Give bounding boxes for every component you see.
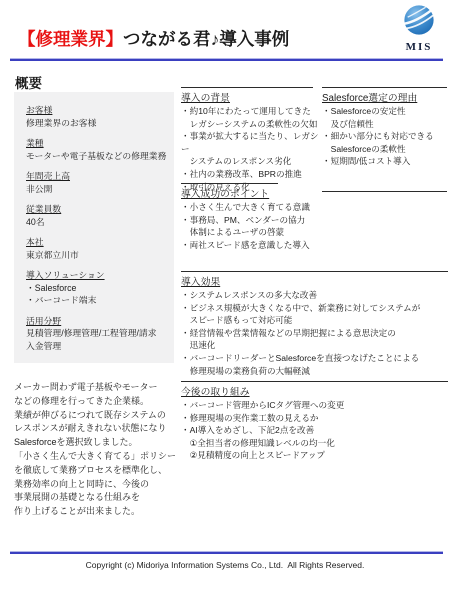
- field-value: モーターや電子基板などの修理業務: [26, 150, 170, 163]
- bullet-item: ・細かい部分にも対応できる Salesforceの柔軟性: [322, 130, 448, 155]
- section-success-points: 導入成功のポイント ・小さく生んで大きく育てる意識 ・事務局、PM、ベンダーの協…: [181, 183, 321, 251]
- company-description: メーカー問わず電子基板やモーター などの修理を行ってきた企業様。 業績が伸びるに…: [14, 381, 182, 519]
- page-title: 【修理業界】つながる君♪導入事例: [18, 26, 289, 51]
- section-heading: 今後の取り組み: [181, 386, 449, 399]
- section-heading: 導入効果: [181, 276, 449, 289]
- header-divider: [10, 58, 443, 61]
- bullet-item: ・修理現場の実作業工数の見えるか: [181, 412, 449, 425]
- bullet-item: ・事業が拡大するに当たり、レガシー システムのレスポンス劣化: [181, 130, 321, 168]
- field-label: 業種: [26, 137, 170, 150]
- field-value: 非公開: [26, 183, 170, 196]
- section-effects: 導入効果 ・システムレスポンスの多大な改善 ・ビジネス規模が大きくなる中で、新業…: [181, 271, 449, 377]
- overview-heading: 概要: [15, 72, 42, 92]
- field-headquarters: 本社 東京都立川市: [26, 236, 170, 261]
- page-title-main: つながる君♪導入事例: [123, 29, 289, 49]
- section-rule: [322, 191, 447, 192]
- field-value: 見積管理/修理管理/工程管理/請求 入金管理: [26, 327, 170, 352]
- bullet-item: ・短期間/低コスト導入: [322, 155, 448, 168]
- field-value: 修理業界のお客様: [26, 117, 170, 130]
- section-heading: 導入の背景: [181, 92, 321, 105]
- section-heading: Salesforce選定の理由: [322, 92, 448, 105]
- field-annual-sales: 年間売上高 非公開: [26, 170, 170, 195]
- bullet-item: ・システムレスポンスの多大な改善: [181, 289, 449, 302]
- section-selection-reasons: Salesforce選定の理由 ・Salesforceの安定性 及び信頼性 ・細…: [322, 87, 448, 168]
- bullet-item: ・経営情報や営業情報などの早期把握による意思決定の 迅速化: [181, 327, 449, 352]
- section-future-initiatives: 今後の取り組み ・バーコード管理からICタグ管理への変更 ・修理現場の実作業工数…: [181, 381, 449, 462]
- bullet-item: ・約10年にわたって運用してきた レガシーシステムの柔軟性の欠如: [181, 105, 321, 130]
- field-label: 年間売上高: [26, 170, 170, 183]
- section-rule: [181, 271, 448, 272]
- page-title-industry-tag: 【修理業界】: [18, 29, 123, 49]
- field-label: 導入ソリューション: [26, 269, 170, 282]
- field-value: 40名: [26, 216, 170, 229]
- footer-divider: [10, 551, 443, 554]
- globe-swoosh-icon: [400, 24, 438, 41]
- bullet-item: ・小さく生んで大きく育てる意識: [181, 201, 321, 214]
- section-rule: [181, 87, 313, 88]
- bullet-item: ・ビジネス規模が大きくなる中で、新業務に対してシステムが スピード感もって対応可…: [181, 302, 449, 327]
- company-logo: MIS: [396, 4, 442, 53]
- bullet-item: ・事務局、PM、ベンダーの協力 体制によるユーザの啓蒙: [181, 214, 321, 239]
- field-employees: 従業員数 40名: [26, 203, 170, 228]
- field-label: 活用分野: [26, 315, 170, 328]
- section-rule: [181, 183, 278, 184]
- field-value: 東京都立川市: [26, 249, 170, 262]
- field-value: ・Salesforce ・バーコード端末: [26, 282, 170, 307]
- field-usage-areas: 活用分野 見積管理/修理管理/工程管理/請求 入金管理: [26, 315, 170, 353]
- logo-text: MIS: [396, 41, 442, 53]
- bullet-item: ・AI導入をめざし、下記2点を改善 ①全担当者の修理知識レベルの均一化 ②見積精…: [181, 424, 449, 462]
- bullet-item: ・両社スピード感を意識した導入: [181, 239, 321, 252]
- field-label: お客様: [26, 104, 170, 117]
- field-customer: お客様 修理業界のお客様: [26, 104, 170, 129]
- bullet-item: ・バーコードリーダーとSalesforceを直接つなげたことによる 修理現場の業…: [181, 352, 449, 377]
- bullet-item: ・社内の業務改革、BPRの推進: [181, 168, 321, 181]
- field-industry: 業種 モーターや電子基板などの修理業務: [26, 137, 170, 162]
- copyright-text: Copyright (c) Midoriya Information Syste…: [0, 560, 450, 570]
- field-label: 従業員数: [26, 203, 170, 216]
- section-rule: [322, 87, 447, 88]
- field-label: 本社: [26, 236, 170, 249]
- overview-box: お客様 修理業界のお客様 業種 モーターや電子基板などの修理業務 年間売上高 非…: [14, 92, 174, 363]
- slide: 【修理業界】つながる君♪導入事例 MIS 概要: [0, 0, 450, 600]
- field-solutions: 導入ソリューション ・Salesforce ・バーコード端末: [26, 269, 170, 307]
- bullet-item: ・Salesforceの安定性 及び信頼性: [322, 105, 448, 130]
- section-rule: [181, 381, 448, 382]
- section-background: 導入の背景 ・約10年にわたって運用してきた レガシーシステムの柔軟性の欠如 ・…: [181, 87, 321, 193]
- bullet-item: ・バーコード管理からICタグ管理への変更: [181, 399, 449, 412]
- section-heading: 導入成功のポイント: [181, 188, 321, 201]
